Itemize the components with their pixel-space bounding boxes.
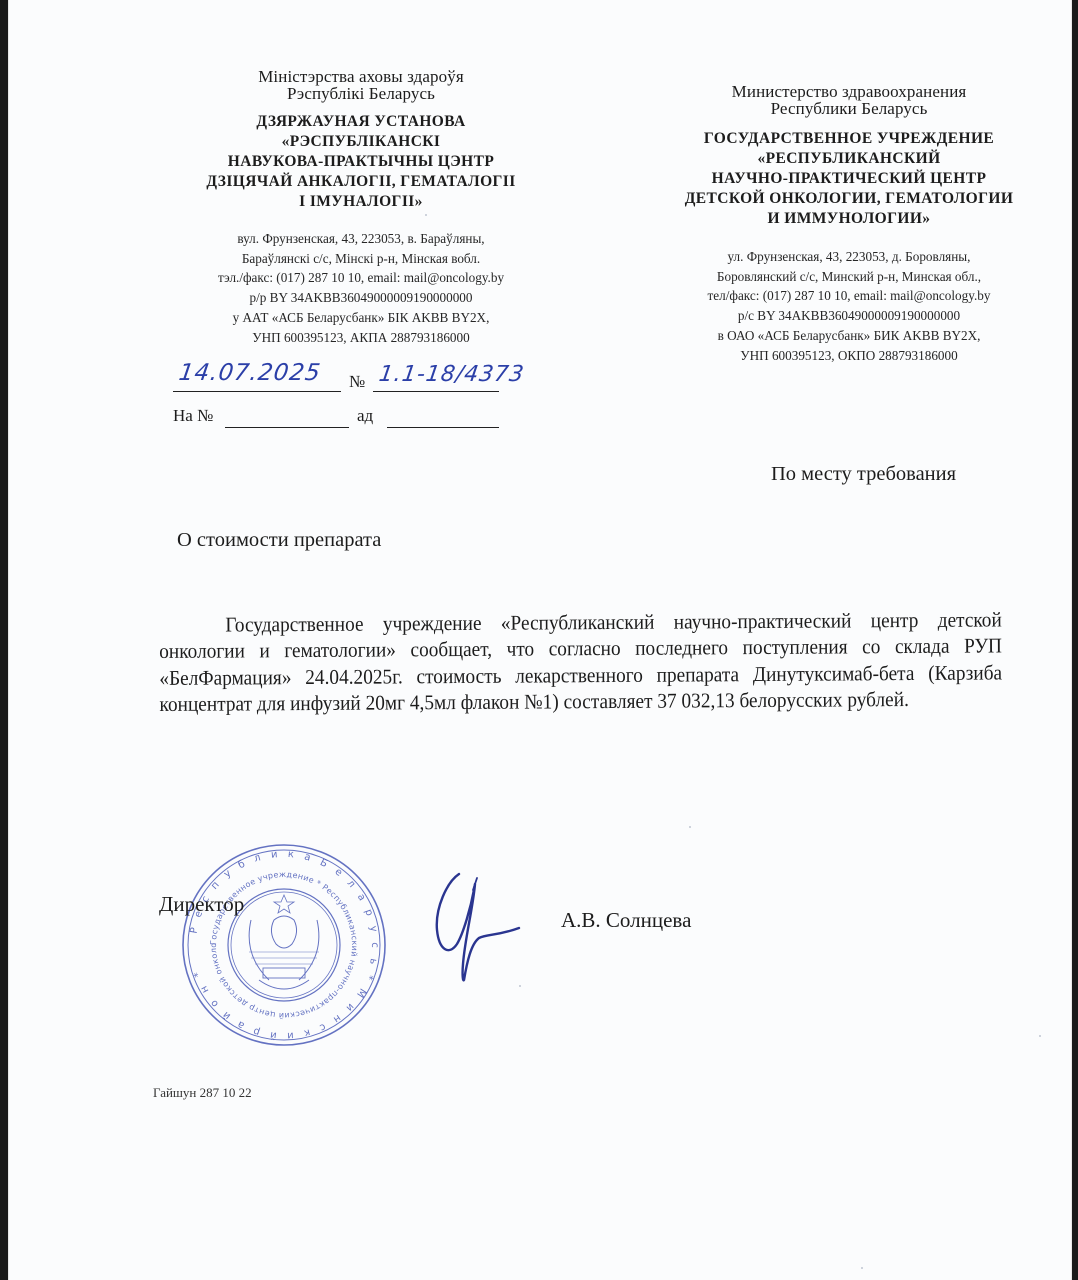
address-line: тел/факс: (017) 287 10 10, email: mail@o… (639, 286, 1059, 306)
address-line: Бараўлянскі с/с, Мінскі р-н, Мінская воб… (151, 249, 571, 269)
org-line: ДЗІЦЯЧАЙ АНКАЛОГІІ, ГЕМАТАЛОГІІ (151, 172, 571, 192)
signature-icon (427, 868, 527, 986)
handwritten-signature (427, 868, 527, 986)
address-block-by: вул. Фрунзенская, 43, 223053, в. Бараўля… (151, 229, 571, 347)
ref-from-label: ад (357, 406, 373, 426)
org-line: НАВУКОВА-ПРАКТЫЧНЫ ЦЭНТР (151, 152, 571, 172)
address-line: Боровлянский с/с, Минский р-н, Минская о… (639, 267, 1059, 287)
address-line: УНП 600395123, АКПА 288793186000 (151, 328, 571, 348)
letter-subject: О стоимости препарата (177, 529, 381, 552)
ministry-line: Министерство здравоохранения (639, 83, 1059, 100)
address-line: р/р BY 34AKBB36049000009190000000 (151, 288, 571, 308)
handwritten-date: 14.07.2025 (177, 360, 322, 386)
scan-speck (519, 985, 521, 987)
org-line: «РЕСПУБЛИКАНСКИЙ (639, 149, 1059, 169)
handwritten-number: 1.1-18/4373 (377, 362, 526, 387)
org-line: НАУЧНО-ПРАКТИЧЕСКИЙ ЦЕНТР (639, 169, 1059, 189)
scan-speck (689, 826, 691, 828)
registration-date-number: 14.07.2025 № 1.1-18/4373 (173, 366, 533, 398)
body-paragraph: Государственное учреждение «Республиканс… (159, 607, 1002, 716)
address-line: в ОАО «АСБ Беларусбанк» БИК AKBB BY2X, (639, 326, 1059, 346)
ref-label: На № (173, 406, 213, 426)
org-line: ГОСУДАРСТВЕННОЕ УЧРЕЖДЕНИЕ (639, 129, 1059, 149)
signatory-name: А.В. Солнцева (561, 908, 691, 933)
address-block-ru: ул. Фрунзенская, 43, 223053, д. Боровлян… (639, 247, 1059, 365)
scan-speck (425, 214, 427, 216)
ministry-name-by: Міністэрства аховы здароўя Рэспублікі Бе… (151, 68, 571, 102)
reference-row: На № ад (173, 402, 533, 434)
ref-date-underline (387, 427, 499, 428)
org-line: ДЗЯРЖАУНАЯ УСТАНОВА (151, 112, 571, 132)
executor-contact: Гайшун 287 10 22 (153, 1085, 252, 1101)
address-line: УНП 600395123, ОКПО 288793186000 (639, 346, 1059, 366)
letterhead-belarusian: Міністэрства аховы здароўя Рэспублікі Бе… (151, 68, 571, 347)
address-line: р/с BY 34AKBB36049000009190000000 (639, 306, 1059, 326)
letter-body: Государственное учреждение «Республиканс… (159, 606, 1002, 717)
ministry-name-ru: Министерство здравоохранения Республики … (639, 83, 1059, 117)
ministry-line: Республики Беларусь (639, 100, 1059, 117)
address-line: у ААТ «АСБ Беларусбанк» БІК AKBB BY2X, (151, 308, 571, 328)
letterhead-russian: Министерство здравоохранения Республики … (639, 83, 1059, 365)
document-page: Міністэрства аховы здароўя Рэспублікі Бе… (8, 0, 1072, 1280)
stamp-seal-icon: Р е с п у б л и к а Б е л а р у с ь * М … (179, 840, 389, 1050)
organization-name-ru: ГОСУДАРСТВЕННОЕ УЧРЕЖДЕНИЕ «РЕСПУБЛИКАНС… (639, 129, 1059, 229)
ministry-line: Міністэрства аховы здароўя (151, 68, 571, 85)
org-line: ДЕТСКОЙ ОНКОЛОГИИ, ГЕМАТОЛОГИИ (639, 189, 1059, 209)
organization-name-by: ДЗЯРЖАУНАЯ УСТАНОВА «РЭСПУБЛІКАНСКІ НАВУ… (151, 112, 571, 212)
address-line: вул. Фрунзенская, 43, 223053, в. Бараўля… (151, 229, 571, 249)
scan-speck (1039, 1035, 1041, 1037)
address-line: тэл./факс: (017) 287 10 10, email: mail@… (151, 268, 571, 288)
ref-number-underline (225, 427, 349, 428)
number-label: № (349, 372, 365, 392)
org-line: «РЭСПУБЛІКАНСКІ (151, 132, 571, 152)
address-line: ул. Фрунзенская, 43, 223053, д. Боровлян… (639, 247, 1059, 267)
number-underline (373, 391, 499, 392)
official-stamp: Р е с п у б л и к а Б е л а р у с ь * М … (179, 840, 389, 1050)
org-line: І ІМУНАЛОГІІ» (151, 192, 571, 212)
scan-speck (861, 1267, 863, 1269)
ministry-line: Рэспублікі Беларусь (151, 85, 571, 102)
addressee: По месту требования (771, 463, 956, 486)
date-underline (173, 391, 341, 392)
signatory-title: Директор (159, 892, 244, 917)
org-line: И ИММУНОЛОГИИ» (639, 209, 1059, 229)
